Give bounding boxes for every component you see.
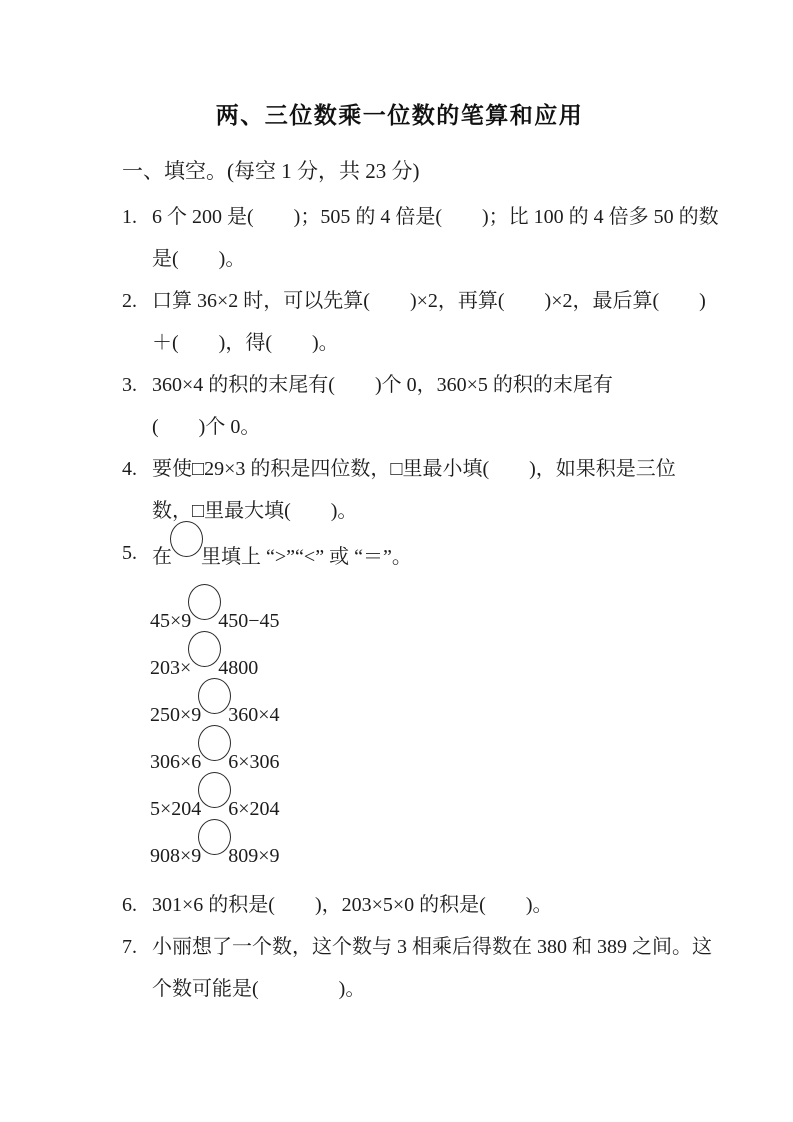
question-body: 6 个 200 是( )；505 的 4 倍是( )；比 100 的 4 倍多 … <box>152 196 719 280</box>
question-line: 数，□里最大填( )。 <box>152 490 677 532</box>
comparison-item: 203×4800 <box>150 643 677 690</box>
answer-circle <box>188 631 221 667</box>
question-number: 5. <box>122 532 152 574</box>
question-line: 360×4 的积的末尾有( )个 0，360×5 的积的末尾有 <box>152 364 677 406</box>
compare-right: 4800 <box>218 657 258 679</box>
question-2: 2. 口算 36×2 时，可以先算( )×2，再算( )×2，最后算( ) ＋(… <box>122 280 677 364</box>
question-body: 在里填上 “>”“<” 或 “＝”。 <box>152 532 677 578</box>
question-text-after-circle: 里填上 “>”“<” 或 “＝”。 <box>201 546 412 568</box>
comparison-item: 45×9450−45 <box>150 596 677 643</box>
question-body: 小丽想了一个数，这个数与 3 相乘后得数在 380 和 389 之间。这 个数可… <box>152 926 712 1010</box>
page-title: 两、三位数乘一位数的笔算和应用 <box>122 97 677 130</box>
question-3: 3. 360×4 的积的末尾有( )个 0，360×5 的积的末尾有 ( )个 … <box>122 364 677 448</box>
comparison-item: 250×9360×4 <box>150 690 677 737</box>
question-line: 是( )。 <box>152 238 719 280</box>
answer-circle <box>198 772 231 808</box>
compare-left: 45×9 <box>150 610 191 632</box>
compare-right: 6×306 <box>228 751 279 773</box>
compare-left: 306×6 <box>150 751 201 773</box>
compare-right: 360×4 <box>228 704 279 726</box>
question-body: 要使□29×3 的积是四位数，□里最小填( )，如果积是三位 数，□里最大填( … <box>152 448 677 532</box>
comparison-item: 5×2046×204 <box>150 784 677 831</box>
answer-circle <box>170 521 203 557</box>
question-number: 2. <box>122 280 152 322</box>
compare-right: 6×204 <box>228 798 279 820</box>
question-line: ＋( )，得( )。 <box>152 322 706 364</box>
answer-circle <box>198 678 231 714</box>
compare-left: 5×204 <box>150 798 201 820</box>
question-number: 4. <box>122 448 152 490</box>
question-6: 6. 301×6 的积是( )，203×5×0 的积是( )。 <box>122 884 677 926</box>
question-number: 7. <box>122 926 152 968</box>
question-line: 在里填上 “>”“<” 或 “＝”。 <box>152 532 677 578</box>
compare-left: 908×9 <box>150 845 201 867</box>
question-line: 301×6 的积是( )，203×5×0 的积是( )。 <box>152 884 677 926</box>
section-heading: 一、填空。(每空 1 分，共 23 分) <box>122 156 677 186</box>
question-body: 口算 36×2 时，可以先算( )×2，再算( )×2，最后算( ) ＋( )，… <box>152 280 706 364</box>
question-number: 6. <box>122 884 152 926</box>
question-5: 5. 在里填上 “>”“<” 或 “＝”。 <box>122 532 677 578</box>
question-text-before-circle: 在 <box>152 546 172 568</box>
question-4: 4. 要使□29×3 的积是四位数，□里最小填( )，如果积是三位 数，□里最大… <box>122 448 677 532</box>
compare-left: 203× <box>150 657 191 679</box>
answer-circle <box>198 819 231 855</box>
comparison-item: 306×66×306 <box>150 737 677 784</box>
question-line: 要使□29×3 的积是四位数，□里最小填( )，如果积是三位 <box>152 448 677 490</box>
answer-circle <box>188 584 221 620</box>
question-7: 7. 小丽想了一个数，这个数与 3 相乘后得数在 380 和 389 之间。这 … <box>122 926 677 1010</box>
question-line: 6 个 200 是( )；505 的 4 倍是( )；比 100 的 4 倍多 … <box>152 196 719 238</box>
answer-circle <box>198 725 231 761</box>
question-body: 301×6 的积是( )，203×5×0 的积是( )。 <box>152 884 677 926</box>
comparison-item: 908×9809×9 <box>150 831 677 878</box>
comparison-list: 45×9450−45 203×4800 250×9360×4 306×66×30… <box>150 596 677 878</box>
compare-right: 450−45 <box>218 610 279 632</box>
question-line: 个数可能是( )。 <box>152 968 712 1010</box>
question-number: 1. <box>122 196 152 238</box>
question-line: 小丽想了一个数，这个数与 3 相乘后得数在 380 和 389 之间。这 <box>152 926 712 968</box>
worksheet-page: 两、三位数乘一位数的笔算和应用 一、填空。(每空 1 分，共 23 分) 1. … <box>0 0 793 1122</box>
question-line: ( )个 0。 <box>152 406 677 448</box>
question-body: 360×4 的积的末尾有( )个 0，360×5 的积的末尾有 ( )个 0。 <box>152 364 677 448</box>
question-number: 3. <box>122 364 152 406</box>
compare-right: 809×9 <box>228 845 279 867</box>
compare-left: 250×9 <box>150 704 201 726</box>
question-1: 1. 6 个 200 是( )；505 的 4 倍是( )；比 100 的 4 … <box>122 196 677 280</box>
question-line: 口算 36×2 时，可以先算( )×2，再算( )×2，最后算( ) <box>152 280 706 322</box>
